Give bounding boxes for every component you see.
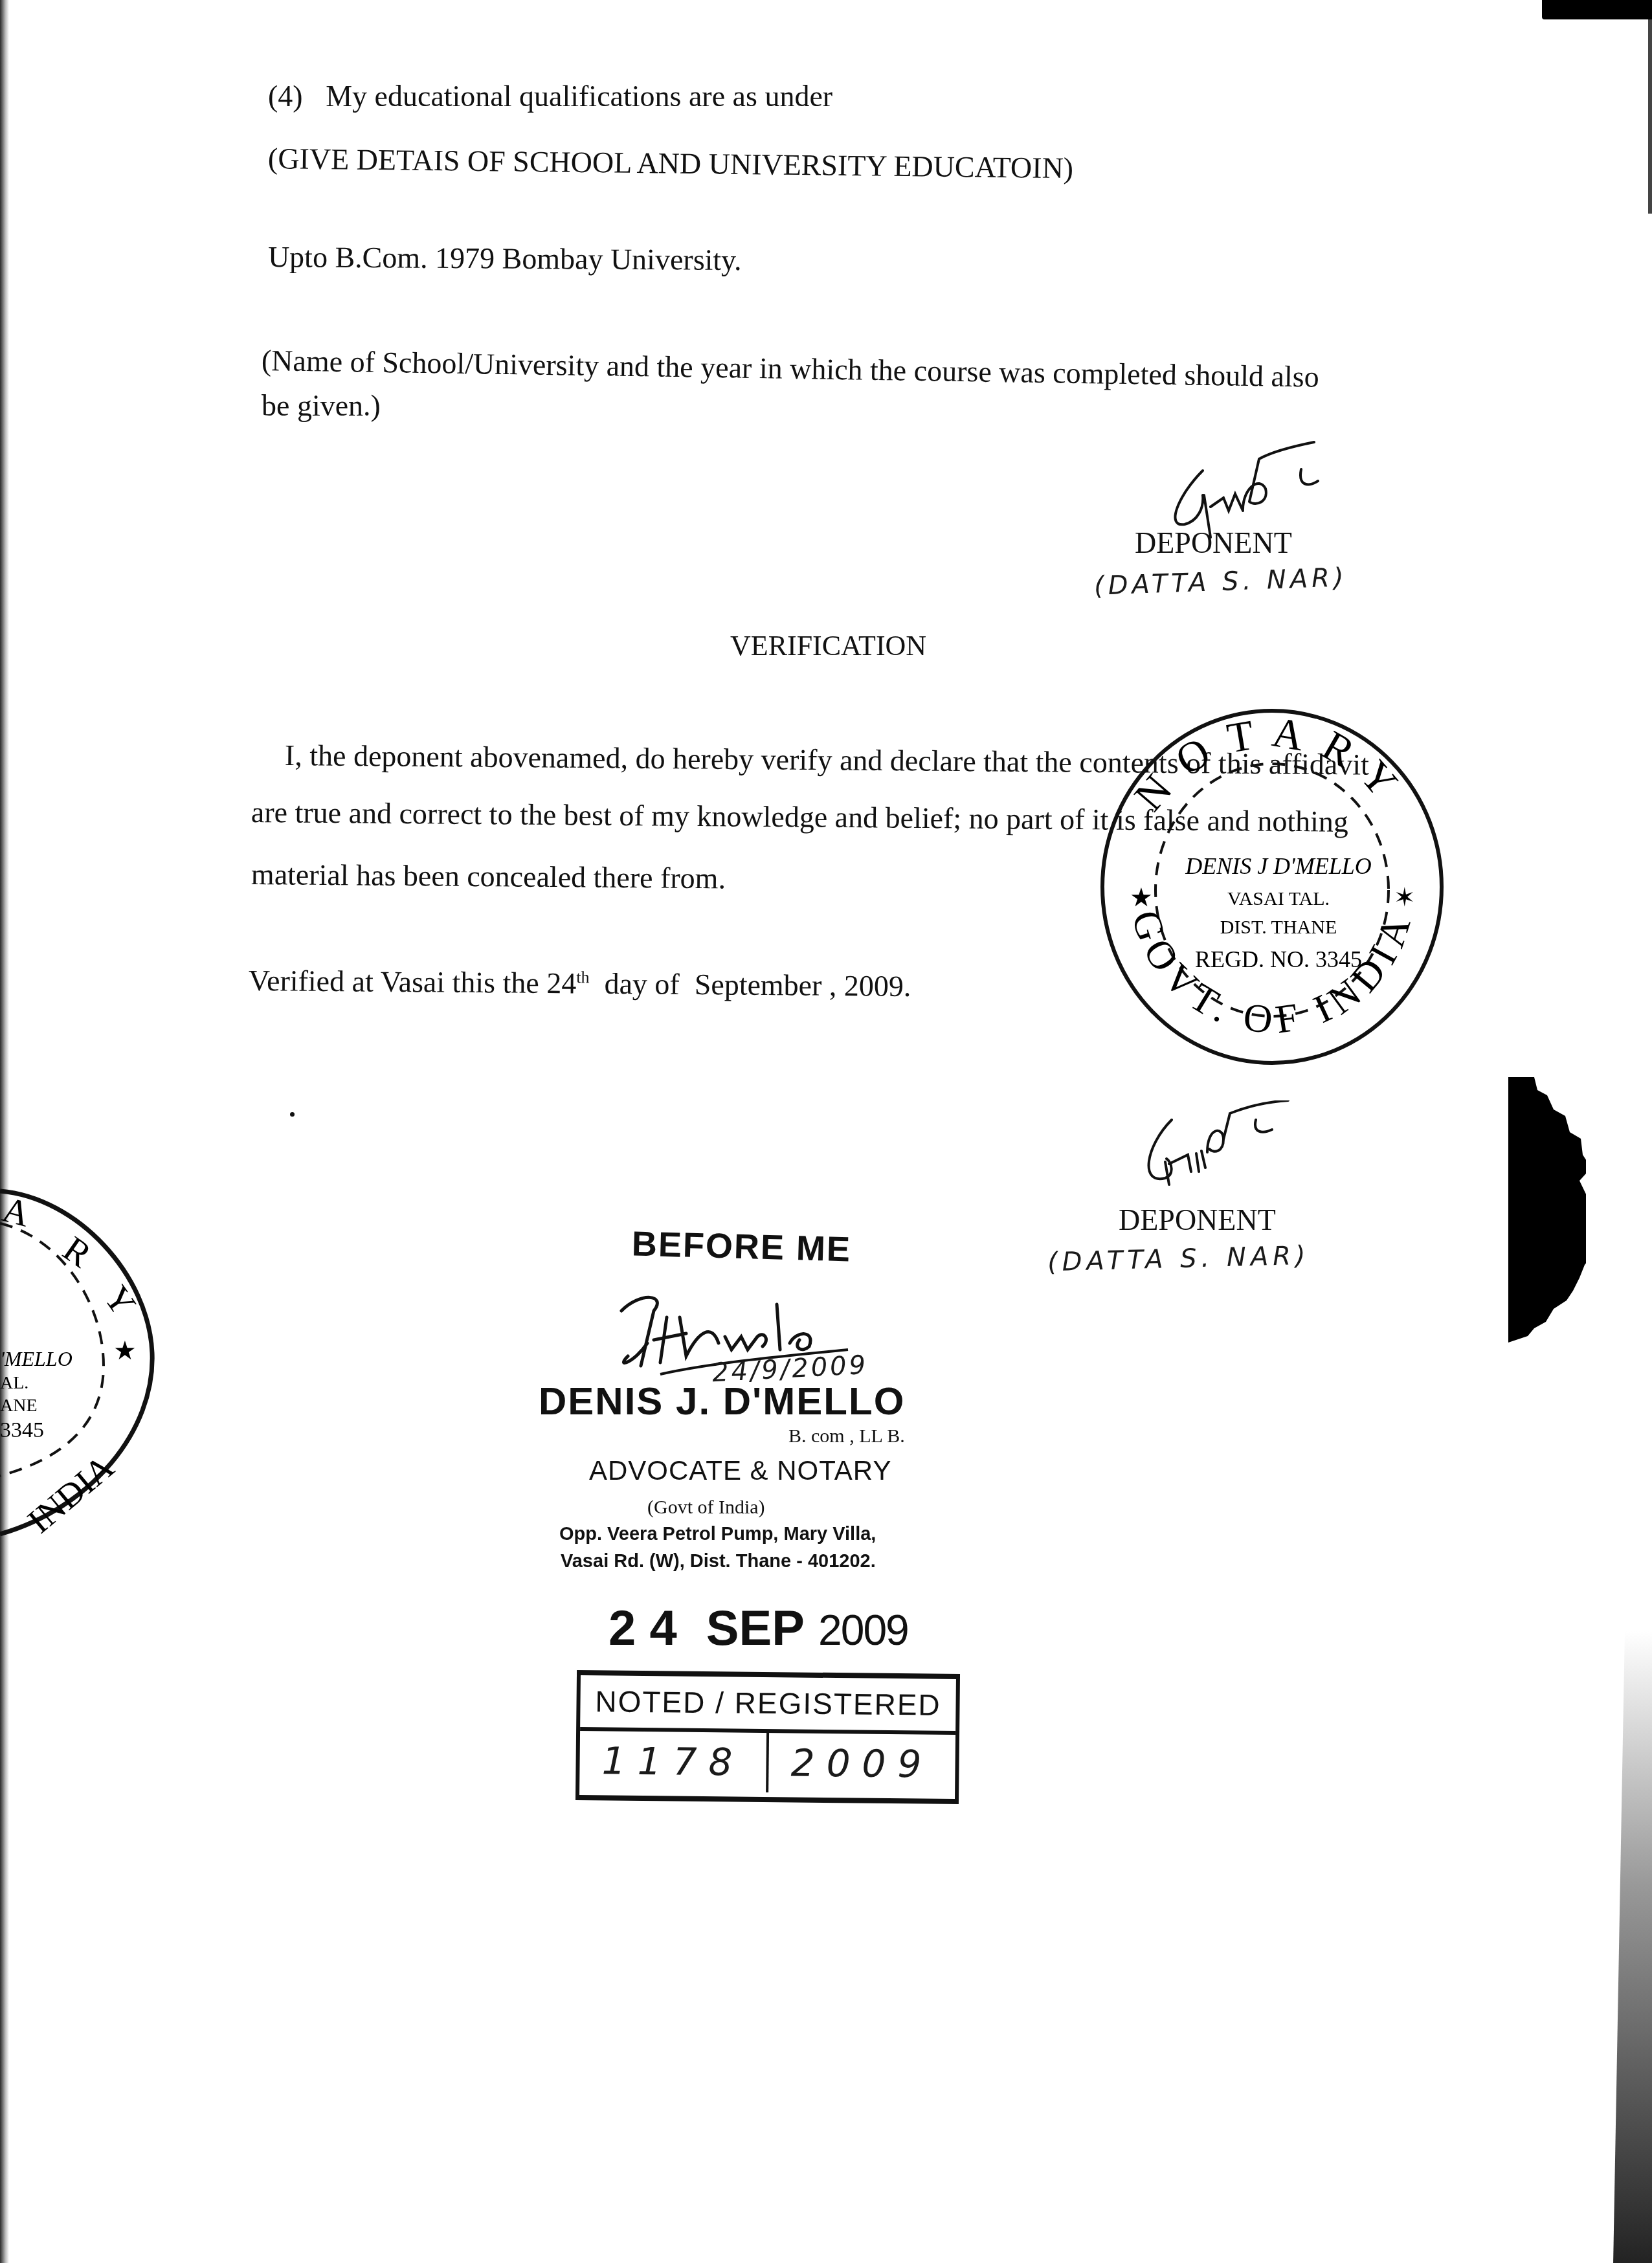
notary-seal-fragment-left: A R Y ★ 'MELLO AL. ANE 3345 INDIA [0, 1172, 168, 1560]
registration-year: 2009 [766, 1733, 955, 1794]
svg-text:★: ★ [1130, 883, 1153, 912]
qualification-note-line-2: be given.) [262, 388, 381, 423]
section-heading-text: My educational qualifications are as und… [326, 80, 832, 113]
deponent-name-2: (DATTA S. NAR) [1047, 1241, 1310, 1278]
svg-text:3345: 3345 [0, 1418, 44, 1442]
svg-text:INDIA: INDIA [20, 1447, 121, 1541]
registration-header: NOTED / REGISTERED [580, 1675, 956, 1735]
svg-text:A: A [0, 1189, 34, 1234]
verification-line-3: material has been concealed there from. [251, 857, 726, 895]
embossed-seal-edge-icon [1508, 1077, 1586, 1343]
notary-degrees: B. com , LL B. [788, 1425, 905, 1447]
section-4-heading: (4) My educational qualifications are as… [268, 79, 832, 113]
deponent-label-1: DEPONENT [1135, 526, 1292, 560]
seal-name: DENIS J D'MELLO [1185, 853, 1372, 879]
verified-prefix: Verified at Vasai this the 24 [249, 964, 577, 999]
registration-box: NOTED / REGISTERED 1178 2009 [575, 1670, 960, 1804]
deponent-signature-1 [1152, 430, 1359, 541]
notary-name: DENIS J. D'MELLO [539, 1379, 905, 1423]
section-number: (4) [268, 80, 303, 113]
svg-text:ANE: ANE [0, 1396, 38, 1416]
date-stamp: 2 4 SEP 2009 [608, 1600, 908, 1656]
before-me-label: BEFORE ME [631, 1224, 852, 1270]
svg-text:Y: Y [96, 1279, 144, 1324]
seal-reg-no: REGD. NO. 3345 [1195, 946, 1362, 972]
verified-at-line: Verified at Vasai this the 24th day of S… [249, 963, 911, 1003]
qualification-note-line-1: (Name of School/University and the year … [262, 343, 1319, 394]
svg-text:✶: ✶ [1394, 883, 1416, 912]
verified-suffix: day of September , 2009. [589, 967, 911, 1003]
scan-top-right-dark-corner [1542, 0, 1652, 19]
stray-dot [290, 1112, 295, 1117]
seal-district: DIST. THANE [1220, 917, 1337, 938]
verification-title: VERIFICATION [730, 629, 926, 662]
svg-text:★: ★ [113, 1336, 137, 1365]
notary-round-seal: NOTARY GOVT. OF INDIA ★ ✶ DENIS J D'MELL… [1091, 693, 1453, 1081]
scan-left-edge-shadow [0, 0, 9, 2263]
notary-title: ADVOCATE & NOTARY [589, 1455, 891, 1486]
seal-place: VASAI TAL. [1227, 888, 1330, 909]
svg-text:'MELLO: 'MELLO [0, 1347, 73, 1370]
registration-number: 1178 [579, 1731, 766, 1792]
date-stamp-month: SEP [706, 1601, 805, 1656]
svg-text:AL.: AL. [0, 1373, 28, 1393]
qualification-answer: Upto B.Com. 1979 Bombay University. [268, 240, 742, 277]
verified-superscript: th [576, 968, 589, 987]
notary-address-line-2: Vasai Rd. (W), Dist. Thane - 401202. [561, 1551, 876, 1572]
notary-govt: (Govt of India) [647, 1497, 765, 1519]
section-4-instruction: (GIVE DETAIS OF SCHOOL AND UNIVERSITY ED… [268, 141, 1074, 185]
date-stamp-day: 2 4 [608, 1601, 677, 1656]
notary-address-line-1: Opp. Veera Petrol Pump, Mary Villa, [559, 1524, 876, 1545]
date-stamp-year: 2009 [818, 1606, 908, 1654]
deponent-signature-2 [1126, 1100, 1346, 1198]
deponent-name-1: (DATTA S. NAR) [1093, 563, 1348, 601]
scan-right-edge-shadow [1613, 1631, 1652, 2263]
svg-text:NOTARY: NOTARY [1126, 708, 1419, 819]
registration-row: 1178 2009 [579, 1731, 955, 1794]
deponent-label-2: DEPONENT [1119, 1203, 1276, 1237]
